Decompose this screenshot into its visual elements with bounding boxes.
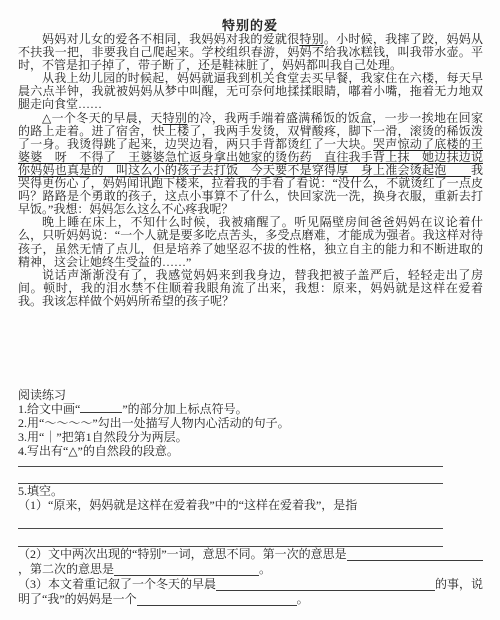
blank-underline	[137, 592, 297, 606]
article-paragraph-2: 从我上幼儿园的时候起，妈妈就逼我到机关食堂去买早餐，我家住在六楼，每天早晨六点半…	[18, 72, 483, 111]
article-paragraph-4: 晚上睡在床上，不知什么时候，我被痛醒了。听见隔壁房间爸爸妈妈在议论着什么，只听妈…	[18, 216, 483, 268]
paragraph-text: △一个冬天的早晨，天	[42, 111, 163, 125]
blank-underline	[347, 547, 483, 561]
q5-item-2-line-2: ，第二次的意思是。	[18, 562, 483, 577]
blank-underline	[114, 562, 259, 576]
paragraph-text: 晚上睡在床上，不知什么时候，我被痛醒了。听见隔壁房间爸爸妈妈在议论着什么，只听妈…	[18, 215, 483, 268]
q5-item-3-line-2: 明了“我”的妈妈是一个。	[18, 592, 483, 607]
exercise-section: 阅读练习 1.给文中画“”的部分加上标点符号。 2.用“～～～～”勾出一处描写人…	[18, 388, 483, 607]
exercise-header: 阅读练习	[18, 388, 483, 402]
answer-line	[18, 512, 443, 529]
q5-item-3-line-1: （3）本文着重记叙了一个冬天的早晨的事，说	[18, 577, 483, 592]
answer-line	[18, 458, 443, 467]
article-body: 妈妈对儿女的爱各不相同，我妈妈对我的爱就很特别。小时候，我摔了跤，妈妈从不扶我一…	[18, 33, 483, 386]
answer-line	[18, 467, 443, 484]
question-text: 明了“我”的妈妈是一个	[18, 592, 137, 607]
question-5-label: 5.填空。	[18, 484, 483, 498]
question-text: ，第二次的意思是	[18, 562, 114, 577]
q5-item-2-line-1: （2）文中两次出现的“特别”一词，意思不同。第一次的意思是	[18, 547, 483, 562]
article-paragraph-5: 说话声渐渐没有了，我感觉妈妈来到我身边，替我把被子盖严后，轻轻走出了房间。顿时，…	[18, 269, 483, 308]
worksheet-page: 特别的爱 妈妈对儿女的爱各不相同，我妈妈对我的爱就很特别。小时候，我摔了跤，妈妈…	[0, 0, 500, 620]
question-3: 3.用“｜”把第1自然段分为两层。	[18, 430, 483, 444]
paragraph-text: 说话声渐渐没有了，我感觉妈妈来到我身边，替我把被子盖严后，轻轻走出了房间。顿时，…	[18, 268, 483, 308]
blank-underline	[216, 577, 435, 591]
article-paragraph-3: △一个冬天的早晨，天特别的冷，我两手端着盛满稀饭的饭盒，一步一挨地在回家的路上走…	[18, 112, 483, 217]
question-1: 1.给文中画“”的部分加上标点符号。	[18, 402, 483, 416]
q5-item-1: （1）“原来，妈妈就是这样在爱着我”中的“这样在爱着我”，是指	[18, 498, 483, 512]
question-2: 2.用“～～～～”勾出一处描写人物内心活动的句子。	[18, 416, 483, 430]
article-paragraph-1: 妈妈对儿女的爱各不相同，我妈妈对我的爱就很特别。小时候，我摔了跤，妈妈从不扶我一…	[18, 33, 483, 72]
question-text: 。	[297, 592, 309, 607]
q1-blank-underline	[80, 402, 122, 413]
question-text: （3）本文着重记叙了一个冬天的早晨	[18, 577, 216, 592]
article-title: 特别的爱	[0, 15, 500, 34]
paragraph-text: 从我上幼儿园的时候起，妈妈就逼我到机关食堂去买早餐，我家住在六楼，每天早晨六点半…	[18, 71, 483, 111]
question-4: 4.写出有“△”的自然段的段意。	[18, 444, 483, 458]
question-text: 的事，说	[435, 577, 483, 592]
question-text: （2）文中两次出现的“特别”一词，意思不同。第一次的意思是	[18, 547, 347, 562]
question-text: 。	[259, 562, 271, 577]
question-text: 1.给文中画“	[18, 402, 80, 416]
answer-line	[18, 529, 443, 547]
underlined-word-tebie-2: 特别	[163, 111, 188, 125]
question-text: ”的部分加上标点符号。	[122, 402, 247, 416]
